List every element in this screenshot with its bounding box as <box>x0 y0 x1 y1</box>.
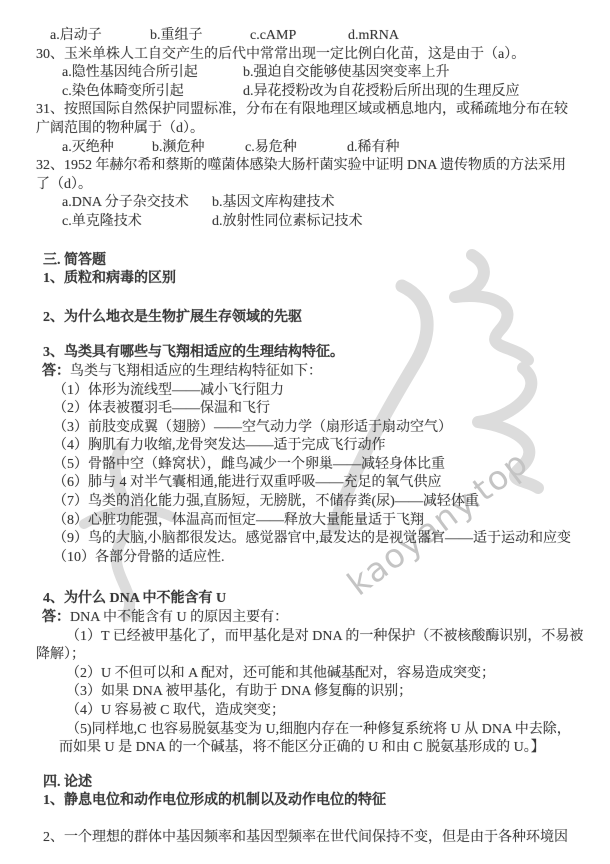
q4-point-4: （4）U 容易被 C 取代，造成突变； <box>0 702 610 721</box>
q4-point-5: （5)同样地,C 也容易脱氨基变为 U,细胞内存在一种修复系统将 U 从 DNA… <box>0 721 610 740</box>
q32-stem-line1: 32、1952 年赫尔希和蔡斯的噬菌体感染大肠杆菌实验中证明 DNA 遗传物质的… <box>0 157 610 176</box>
option-c: c.cAMP <box>250 27 296 46</box>
q31-stem-line1: 31、按照国际自然保护同盟标准，分布在有限地理区域或栖息地内，或稀疏地分布在较 <box>0 101 610 120</box>
option-a: a.DNA 分子杂交技术 <box>62 194 189 213</box>
q4-point-1: （1）T 已经被甲基化了，而甲基化是对 DNA 的一种保护（不被核酸酶识别，不易… <box>0 628 610 647</box>
section4-q1: 1、静息电位和动作电位形成的机制以及动作电位的特征 <box>0 792 610 811</box>
section3-q3: 3、鸟类具有哪些与飞翔相适应的生理结构特征。 <box>0 344 610 363</box>
q3-point-10: （10）各部分骨骼的适应性. <box>0 549 610 568</box>
document-content: a.启动子 b.重组子 c.cAMP d.mRNA 30、玉米单株人工自交产生的… <box>0 0 610 848</box>
option-a: a.启动子 <box>50 27 102 46</box>
q3-point-4: （4）胸肌有力收缩,龙骨突发达——适于完成飞行动作 <box>0 437 610 456</box>
option-b: b.重组子 <box>150 27 203 46</box>
option-d: d.稀有种 <box>347 139 400 158</box>
answer-prefix: 答： <box>42 610 70 625</box>
q31-options-row: a.灭绝种 b.濒危种 c.易危种 d.稀有种 <box>0 139 610 158</box>
option-d: d.mRNA <box>348 27 399 46</box>
option-d: d.异花授粉改为自花授粉后所出现的生理反应 <box>243 83 520 102</box>
q32-options-ab: a.DNA 分子杂交技术 b.基因文库构建技术 <box>0 194 610 213</box>
q3-point-5: （5）骨骼中空（蜂窝状），雌鸟减少一个卵巢——减轻身体比重 <box>0 456 610 475</box>
q3-answer-intro: 答：鸟类与飞翔相适应的生理结构特征如下： <box>0 363 610 382</box>
q4-point-5-cont: 而如果 U 是 DNA 的一个碱基，将不能区分正确的 U 和由 C 脱氨基形成的… <box>0 739 610 758</box>
q31-stem-line2: 广阔范围的物种属于（d）。 <box>0 120 610 139</box>
document-page: kaoyany.top a.启动子 b.重组子 c.cAMP d.mRNA 30… <box>0 0 610 864</box>
q4-answer-intro: 答：DNA 中不能含有 U 的原因主要有： <box>0 609 610 628</box>
q3-point-7: （7）鸟类的消化能力强,直肠短，无膀胱，不储存粪(尿)——减轻体重 <box>0 493 610 512</box>
option-c: c.染色体畸变所引起 <box>62 83 184 102</box>
answer-intro-text: DNA 中不能含有 U 的原因主要有： <box>70 610 288 625</box>
q30-options-cd: c.染色体畸变所引起 d.异花授粉改为自花授粉后所出现的生理反应 <box>0 83 610 102</box>
q30-stem: 30、玉米单株人工自交产生的后代中常常出现一定比例白化苗，这是由于（a）。 <box>0 46 610 65</box>
option-b: b.强迫自交能够使基因突变率上升 <box>243 64 450 83</box>
q32-stem-line2: 了（d）。 <box>0 176 610 195</box>
option-a: a.灭绝种 <box>62 139 114 158</box>
option-b: b.基因文库构建技术 <box>212 194 335 213</box>
option-a: a.隐性基因纯合所引起 <box>62 64 198 83</box>
q32-options-cd: c.单克隆技术 d.放射性同位素标记技术 <box>0 213 610 232</box>
section3-q2: 2、为什么地衣是生物扩展生存领域的先驱 <box>0 309 610 328</box>
q3-point-2: （2）体表被覆羽毛——保温和飞行 <box>0 400 610 419</box>
q30-options-ab: a.隐性基因纯合所引起 b.强迫自交能够使基因突变率上升 <box>0 64 610 83</box>
q3-point-3: （3）前肢变成翼（翅膀）——空气动力学（扇形适于扇动空气） <box>0 419 610 438</box>
q4-point-1-cont: 降解）； <box>0 646 610 665</box>
q4-point-2: （2）U 不但可以和 A 配对，还可能和其他碱基配对，容易造成突变； <box>0 665 610 684</box>
q3-point-9: （9）鸟的大脑,小脑都很发达。感觉器官中,最发达的是视觉器官——适于运动和应变 <box>0 530 610 549</box>
section4-q2: 2、一个理想的群体中基因频率和基因型频率在世代间保持不变，但是由于各种环境因 <box>0 829 610 848</box>
option-d: d.放射性同位素标记技术 <box>212 213 363 232</box>
q29-options-row: a.启动子 b.重组子 c.cAMP d.mRNA <box>0 27 610 46</box>
option-c: c.易危种 <box>245 139 297 158</box>
section3-heading: 三. 简答题 <box>0 252 610 271</box>
section4-heading: 四. 论述 <box>0 774 610 793</box>
section3-q1: 1、质粒和病毒的区别 <box>0 270 610 289</box>
answer-intro-text: 鸟类与飞翔相适应的生理结构特征如下： <box>70 364 322 379</box>
q4-point-3: （3）如果 DNA 被甲基化，有助于 DNA 修复酶的识别； <box>0 683 610 702</box>
q3-point-1: （1）体形为流线型——减小飞行阻力 <box>0 382 610 401</box>
section3-q4: 4、为什么 DNA 中不能含有 U <box>0 590 610 609</box>
q3-point-6: （6）肺与 4 对半气囊相通,能进行双重呼吸——充足的氧气供应 <box>0 474 610 493</box>
q3-point-8: （8）心脏功能强，体温高而恒定——释放大量能量适于飞翔 <box>0 512 610 531</box>
option-b: b.濒危种 <box>152 139 205 158</box>
answer-prefix: 答： <box>42 364 70 379</box>
option-c: c.单克隆技术 <box>62 213 142 232</box>
